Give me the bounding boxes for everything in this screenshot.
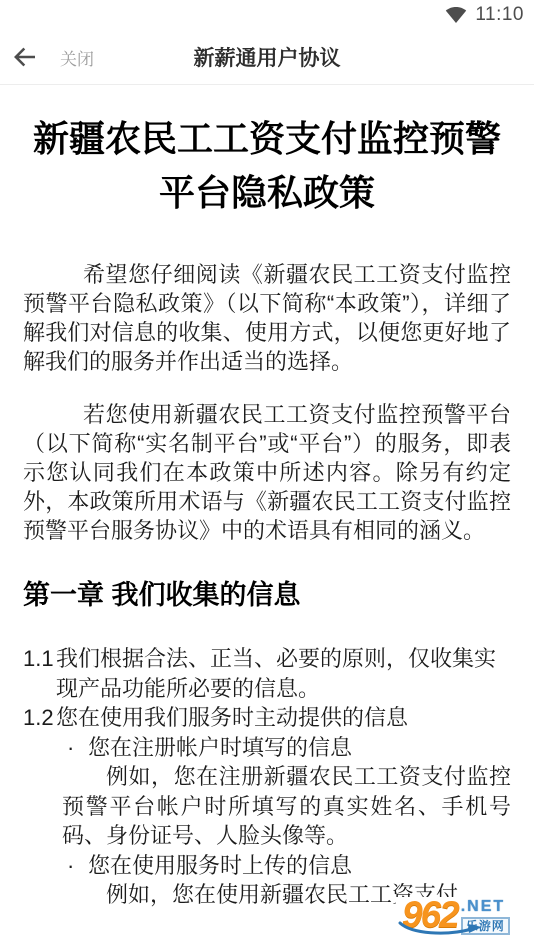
clause-number: 1.2 — [23, 703, 54, 733]
wifi-icon — [445, 7, 467, 24]
watermark-net: .NET — [461, 898, 505, 915]
back-arrow-icon[interactable] — [12, 45, 38, 69]
paragraph-intro: 希望您仔细阅读《新疆农民工工资支付监控预警平台隐私政策》（以下简称“本政策”），… — [23, 260, 511, 376]
document-title: 新疆农民工工资支付监控预警 平台隐私政策 — [23, 112, 511, 220]
bullet-label: 您在使用服务时上传的信息 — [88, 853, 352, 878]
app-screen: { "status_bar": { "time": "11:10" }, "na… — [0, 0, 534, 949]
watermark-logo: 962 .NET 乐游网 — [396, 897, 534, 944]
bullet-item-upload-info: · 您在使用服务时上传的信息 — [23, 851, 511, 881]
clause-1-2: 1.2 您在使用我们服务时主动提供的信息 — [23, 703, 511, 733]
bullet-dot-icon: · — [67, 851, 74, 881]
document-title-line1: 新疆农民工工资支付监控预警 — [23, 112, 511, 166]
clause-number: 1.1 — [23, 644, 54, 674]
paragraph-consent: 若您使用新疆农民工工资支付监控预警平台（以下简称“实名制平台”或“平台”）的服务… — [23, 400, 511, 545]
bullet-dot-icon: · — [67, 733, 74, 763]
clause-text: 我们根据合法、正当、必要的原则，仅收集实现产品功能所必要的信息。 — [56, 646, 496, 701]
nav-bar: 关闭 新薪通用户协议 — [0, 30, 534, 85]
status-bar: 11:10 — [0, 0, 534, 30]
bullet-item-register-info: · 您在注册帐户时填写的信息 — [23, 733, 511, 763]
close-button[interactable]: 关闭 — [60, 45, 94, 70]
chapter-1-heading: 第一章 我们收集的信息 — [23, 573, 511, 612]
clause-1-1: 1.1 我们根据合法、正当、必要的原则，仅收集实现产品功能所必要的信息。 — [23, 644, 511, 703]
document-content: 新疆农民工工资支付监控预警 平台隐私政策 希望您仔细阅读《新疆农民工工资支付监控… — [0, 112, 534, 910]
page-title: 新薪通用户协议 — [194, 42, 341, 72]
document-title-line2: 平台隐私政策 — [23, 166, 511, 220]
status-clock: 11:10 — [475, 4, 524, 26]
watermark-swoosh-icon — [398, 921, 484, 942]
chapter-1-list: 1.1 我们根据合法、正当、必要的原则，仅收集实现产品功能所必要的信息。 1.2… — [23, 644, 511, 910]
bullet-example-register: 例如，您在注册新疆农民工工资支付监控预警平台帐户时所填写的真实姓名、手机号码、身… — [62, 762, 511, 851]
clause-text: 您在使用我们服务时主动提供的信息 — [56, 705, 408, 730]
bullet-label: 您在注册帐户时填写的信息 — [88, 735, 352, 760]
